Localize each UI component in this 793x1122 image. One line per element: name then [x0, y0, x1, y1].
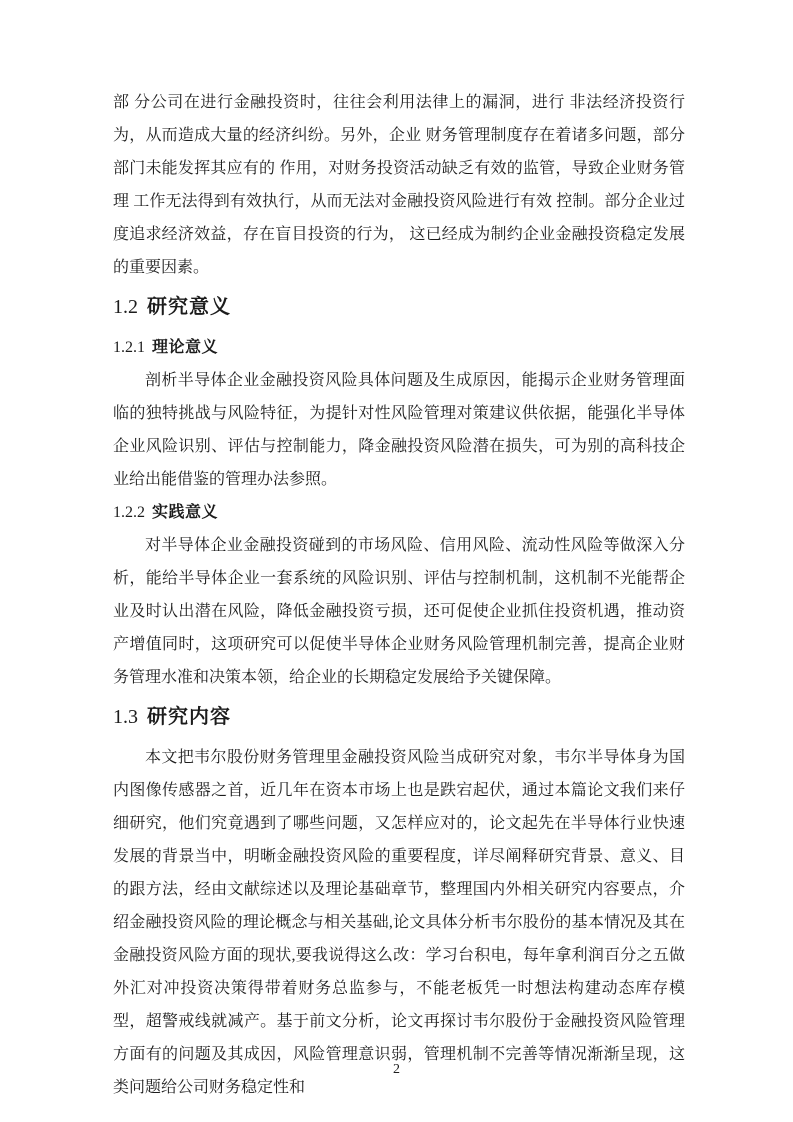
subsection-number-1-2-1: 1.2.1: [113, 339, 145, 356]
section-number-1-2: 1.2: [113, 296, 138, 318]
section-number-1-3: 1.3: [113, 706, 138, 728]
paragraph-theoretical-significance: 剖析半导体企业金融投资风险具体问题及生成原因，能揭示企业财务管理面临的独特挑战与…: [113, 364, 685, 496]
section-title-1-2: 研究意义: [147, 296, 231, 318]
paragraph-practical-significance: 对半导体企业金融投资碰到的市场风险、信用风险、流动性风险等做深入分析，能给半导体…: [113, 529, 685, 694]
page-content: 部 分公司在进行金融投资时，往往会利用法律上的漏洞，进行 非法经济投资行为，从而…: [113, 86, 685, 1104]
page-footer: 2: [0, 1062, 793, 1078]
page-number: 2: [393, 1062, 400, 1077]
section-heading-1-2: 1.2研究意义: [113, 292, 685, 322]
subsection-title-1-2-1: 理论意义: [152, 339, 218, 356]
continued-paragraph: 部 分公司在进行金融投资时，往往会利用法律上的漏洞，进行 非法经济投资行为，从而…: [113, 86, 685, 284]
subsection-title-1-2-2: 实践意义: [152, 504, 218, 521]
document-page: 部 分公司在进行金融投资时，往往会利用法律上的漏洞，进行 非法经济投资行为，从而…: [0, 0, 793, 1122]
subsection-number-1-2-2: 1.2.2: [113, 504, 145, 521]
paragraph-research-content: 本文把韦尔股份财务管理里金融投资风险当成研究对象，韦尔半导体身为国内图像传感器之…: [113, 741, 685, 1104]
subsection-heading-1-2-1: 1.2.1理论意义: [113, 331, 685, 364]
section-title-1-3: 研究内容: [147, 706, 231, 728]
subsection-heading-1-2-2: 1.2.2实践意义: [113, 496, 685, 529]
section-heading-1-3: 1.3研究内容: [113, 702, 685, 732]
